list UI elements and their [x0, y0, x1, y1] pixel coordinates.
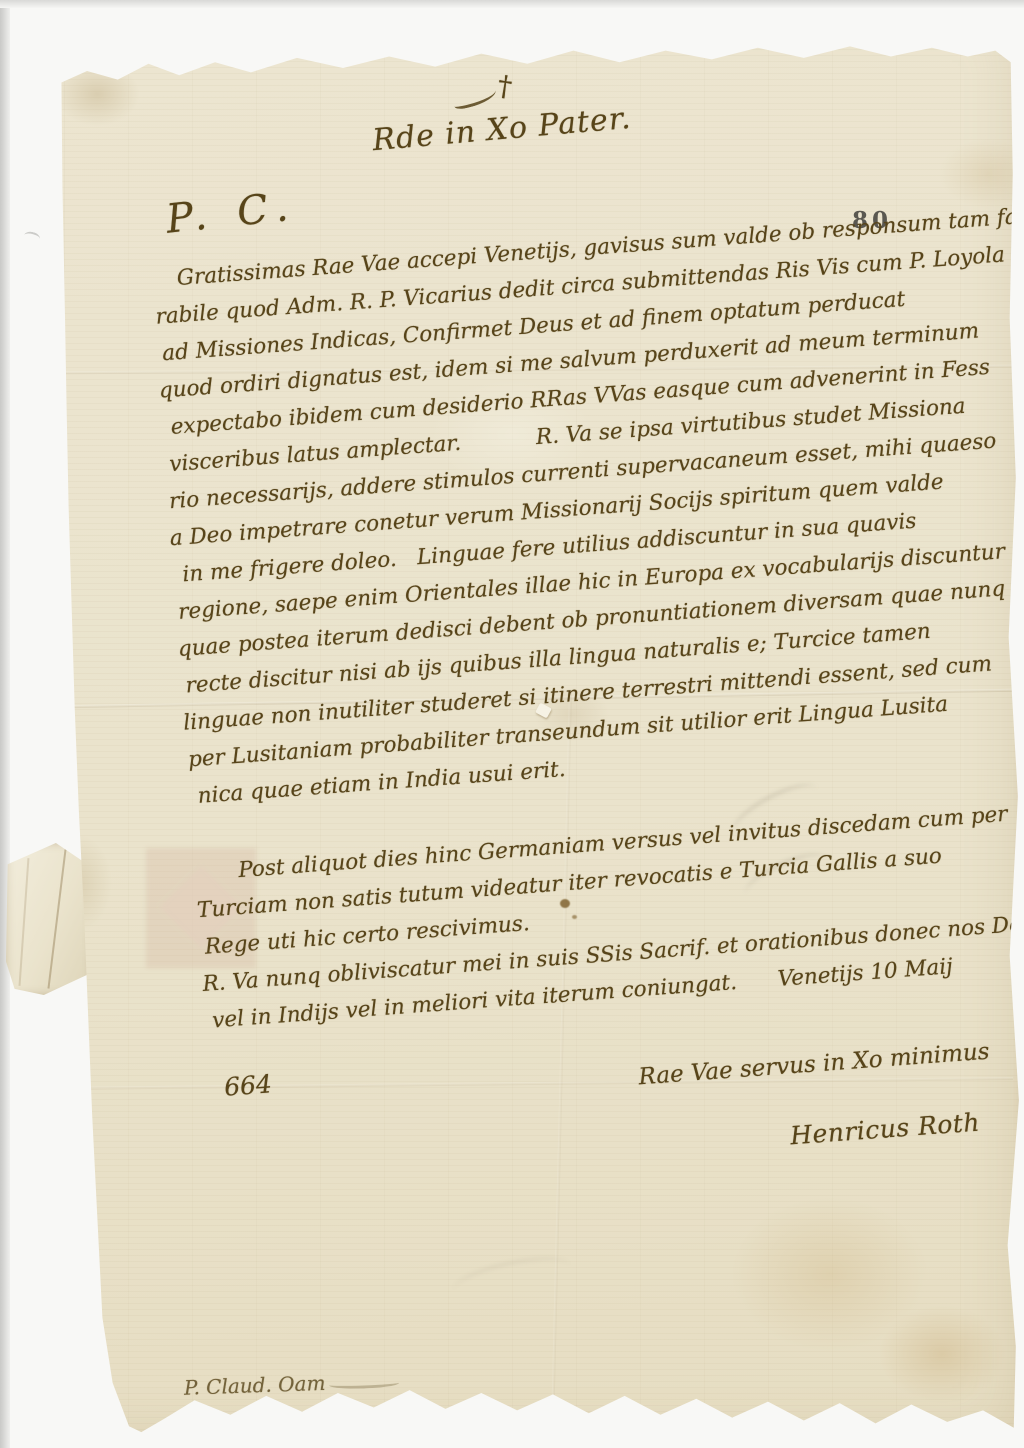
- tab-fold-line: [47, 849, 66, 988]
- cross-glyph: †: [496, 69, 514, 104]
- paper-sheet: † Rde in Xo Pater. P. C. 80 Gratissimas …: [0, 0, 1024, 1448]
- scanner-edge-shadow-left: [0, 0, 10, 1448]
- scanner-speck: [23, 230, 41, 244]
- cross-icon: †: [450, 69, 513, 108]
- signature: Henricus Roth: [216, 1101, 1024, 1192]
- tab-fold-line: [19, 858, 30, 986]
- cross-swash: [452, 86, 498, 111]
- scan-background: † Rde in Xo Pater. P. C. 80 Gratissimas …: [0, 0, 1024, 1448]
- paper-tab: [6, 843, 92, 995]
- bottom-annotation: P. Claud. Oam: [184, 1368, 400, 1400]
- letter-paragraphs: Gratissimas Rae Vae accepi Venetijs, gav…: [150, 206, 1024, 1046]
- letter-body: Gratissimas Rae Vae accepi Venetijs, gav…: [150, 206, 1024, 1193]
- letter-heading: Rde in Xo Pater.: [371, 101, 633, 158]
- scanner-edge-shadow-top: [0, 0, 1024, 8]
- valediction: Rae Vae servus in Xo minimus: [638, 1039, 991, 1091]
- letter-opening: P. C.: [164, 183, 299, 242]
- year-fragment: 664: [209, 1069, 273, 1102]
